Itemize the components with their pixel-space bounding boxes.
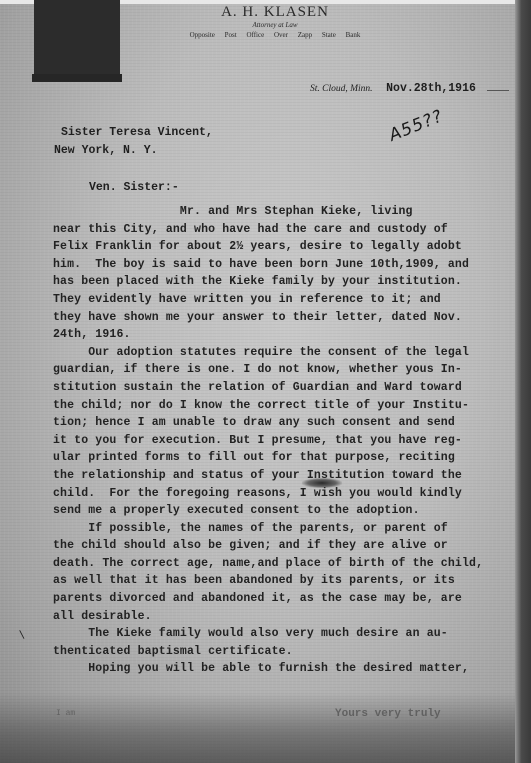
ink-smudge bbox=[302, 478, 342, 488]
bottom-shadow bbox=[0, 693, 531, 763]
body-line: the child; nor do I know the correct tit… bbox=[53, 397, 513, 415]
body-line: death. The correct age, name,and place o… bbox=[53, 555, 513, 573]
body-line: send me a properly executed consent to t… bbox=[53, 502, 513, 520]
margin-mark: \ bbox=[19, 628, 25, 641]
right-edge-shadow bbox=[515, 0, 531, 763]
body-line: Hoping you will be able to furnish the d… bbox=[53, 660, 513, 678]
body-line: Our adoption statutes require the consen… bbox=[53, 344, 513, 362]
letter-body: Mr. and Mrs Stephan Kieke, livingnear th… bbox=[53, 203, 513, 678]
body-line: Mr. and Mrs Stephan Kieke, living bbox=[53, 203, 513, 221]
letterhead-title: Attorney at Law bbox=[150, 21, 400, 30]
handwritten-annotation: A55?? bbox=[386, 106, 446, 146]
addressee-city: New York, N. Y. bbox=[54, 142, 213, 160]
letterhead: A. H. KLASEN Attorney at Law Opposite Po… bbox=[150, 3, 400, 40]
body-line: Felix Franklin for about 2½ years, desir… bbox=[53, 238, 513, 256]
body-line: thenticated baptismal certificate. bbox=[53, 643, 513, 661]
body-line: him. The boy is said to have been born J… bbox=[53, 256, 513, 274]
dateline: St. Cloud, Minn. Nov.28th,1916 bbox=[310, 78, 509, 96]
addressee: Sister Teresa Vincent, New York, N. Y. bbox=[54, 124, 213, 160]
body-line: ular printed forms to fill out for that … bbox=[53, 449, 513, 467]
body-line: the relationship and status of your Inst… bbox=[53, 467, 513, 485]
body-line: all desirable. bbox=[53, 608, 513, 626]
body-line: the child should also be given; and if t… bbox=[53, 537, 513, 555]
ornament-base bbox=[32, 74, 122, 82]
letter-page: A. H. KLASEN Attorney at Law Opposite Po… bbox=[0, 0, 531, 763]
body-line: They evidently have written you in refer… bbox=[53, 291, 513, 309]
salutation: Ven. Sister:- bbox=[89, 181, 179, 194]
body-line: has been placed with the Kieke family by… bbox=[53, 273, 513, 291]
body-line: tion; hence I am unable to draw any such… bbox=[53, 414, 513, 432]
dateline-date: Nov.28th,1916 bbox=[386, 82, 476, 95]
letterhead-address: Opposite Post Office Over Zapp State Ban… bbox=[150, 30, 400, 40]
letterhead-ornament bbox=[34, 0, 120, 82]
body-line: 24th, 1916. bbox=[53, 326, 513, 344]
addressee-name: Sister Teresa Vincent, bbox=[54, 124, 213, 142]
body-line: as well that it has been abandoned by it… bbox=[53, 572, 513, 590]
body-line: they have shown me your answer to their … bbox=[53, 309, 513, 327]
body-line: child. For the foregoing reasons, I wish… bbox=[53, 485, 513, 503]
dateline-rule bbox=[487, 90, 509, 91]
body-line: guardian, if there is one. I do not know… bbox=[53, 361, 513, 379]
body-line: near this City, and who have had the car… bbox=[53, 221, 513, 239]
body-line: it to you for execution. But I presume, … bbox=[53, 432, 513, 450]
body-line: The Kieke family would also very much de… bbox=[53, 625, 513, 643]
body-line: stitution sustain the relation of Guardi… bbox=[53, 379, 513, 397]
body-line: parents divorced and abandoned it, as th… bbox=[53, 590, 513, 608]
body-line: If possible, the names of the parents, o… bbox=[53, 520, 513, 538]
letterhead-name: A. H. KLASEN bbox=[150, 3, 400, 21]
dateline-place: St. Cloud, Minn. bbox=[310, 84, 373, 94]
